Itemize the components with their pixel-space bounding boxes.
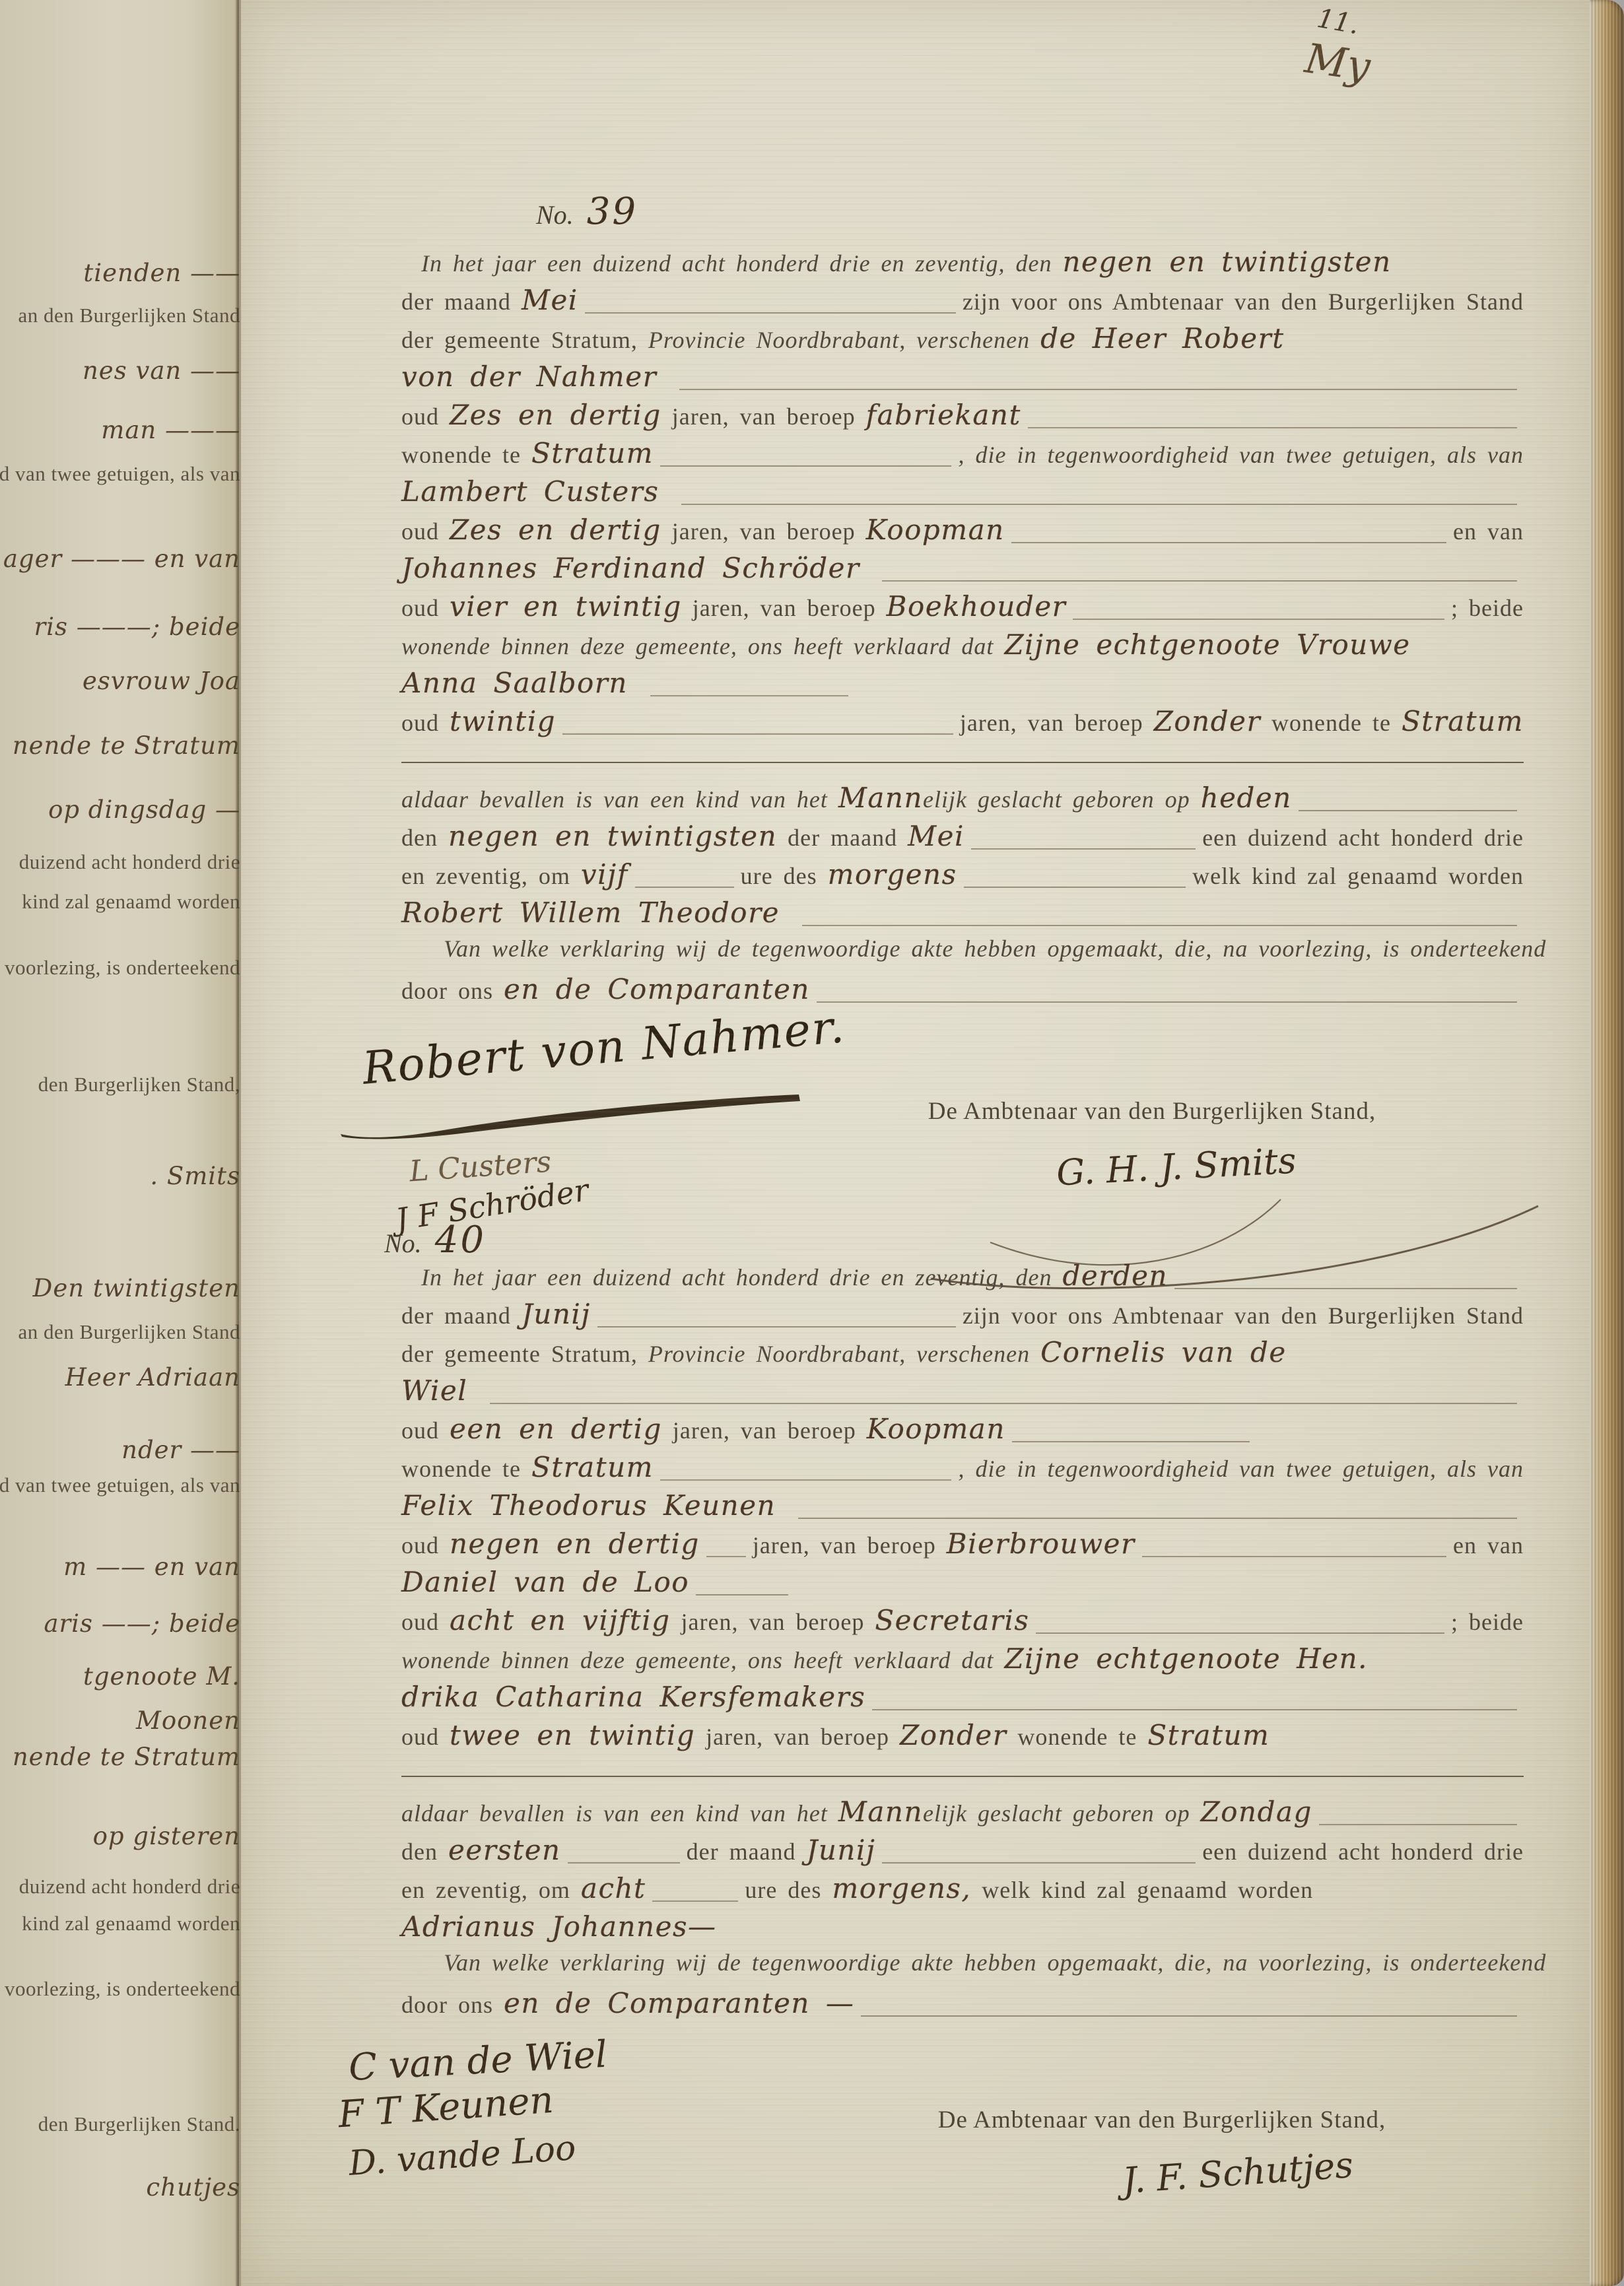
printed-text: In het jaar een duizend acht honderd dri…: [421, 250, 1062, 277]
printed-text: den: [401, 824, 448, 852]
printed-text: wonende binnen deze gemeente, ons heeft …: [401, 1646, 1004, 1674]
signature-witness2-act40: D. vande Loo: [347, 2128, 577, 2184]
previous-page-text-fragment: kind zal genaamd worden: [22, 890, 240, 914]
printed-text: der maand: [401, 1302, 522, 1329]
handwritten-text: Junij: [522, 1298, 591, 1330]
handwritten-text: acht: [581, 1872, 646, 1904]
printed-text: jaren, van beroep: [682, 594, 887, 622]
previous-page-text-fragment: an den Burgerlijken Stand: [18, 1320, 240, 1344]
previous-page-text-fragment: aris ——; beide: [44, 1609, 240, 1638]
handwritten-text: Stratum: [1402, 705, 1524, 737]
handwritten-text: twintig: [450, 705, 556, 737]
form-line: drika Catharina Kersfemakers: [401, 1681, 1524, 1719]
handwritten-text: Felix Theodorus Keunen: [401, 1489, 792, 1522]
handwritten-text: morgens,: [832, 1872, 971, 1904]
register-book-scan: tienden ——an den Burgerlijken Standnes v…: [0, 0, 1624, 2286]
signature-father-act40: C van de Wiel: [348, 2033, 609, 2089]
previous-page-text-fragment: esvrouw Joa: [83, 667, 240, 695]
handwritten-text: heden: [1201, 782, 1292, 814]
form-line: wonende binnen deze gemeente, ons heeft …: [401, 1642, 1524, 1681]
fill-line: [882, 580, 1517, 582]
printed-text: der maand: [687, 1838, 807, 1866]
fill-line: [1011, 542, 1446, 543]
previous-page-text-fragment: id van twee getuigen, als van: [0, 1473, 240, 1497]
fill-line: [964, 887, 1186, 888]
printed-text: aldaar bevallen is van een kind van het: [401, 1799, 838, 1827]
handwritten-text: eersten: [448, 1834, 561, 1866]
previous-page-text-fragment: Moonen: [136, 1706, 240, 1735]
fill-line: [679, 389, 1517, 390]
fill-line: [706, 1556, 746, 1557]
handwritten-text: Koopman: [867, 1413, 1005, 1445]
printed-text: wonende te: [401, 1455, 531, 1483]
ink-underline-flourish: [337, 1091, 812, 1143]
handwritten-text: acht en vijftig: [450, 1604, 671, 1636]
handwritten-text: Wiel: [401, 1374, 483, 1407]
form-line: wonende te Stratum, die in tegenwoordigh…: [401, 1451, 1524, 1489]
form-line: der gemeente Stratum, Provincie Noordbra…: [401, 1336, 1524, 1374]
printed-text: aldaar bevallen is van een kind van het: [401, 786, 838, 813]
form-line: oud acht en vijftig jaren, van beroep Se…: [401, 1604, 1524, 1642]
act-number-label: No.: [384, 1228, 422, 1258]
printed-text: der maand: [777, 824, 908, 852]
handwritten-text: twee en twintig: [450, 1719, 695, 1751]
form-line: oud negen en dertigjaren, van beroep Bie…: [401, 1528, 1524, 1566]
fill-line: [798, 1518, 1517, 1519]
handwritten-text: Daniel van de Loo: [401, 1566, 689, 1598]
official-title-act39: De Ambtenaar van den Burgerlijken Stand,: [921, 1097, 1383, 1126]
form-line: von der Nahmer: [401, 360, 1524, 399]
section-divider: [401, 1757, 1524, 1796]
printed-text: Van welke verklaring wij de tegenwoordig…: [444, 1949, 1546, 1976]
form-line: door ons en de Comparanten: [401, 973, 1524, 1011]
printed-text: elijk geslacht geboren op: [923, 1799, 1201, 1827]
handwritten-text: drika Catharina Kersfemakers: [401, 1681, 865, 1713]
form-line: oud een en dertig jaren, van beroep Koop…: [401, 1413, 1524, 1451]
previous-page-text-fragment: ager ——— en van: [3, 545, 240, 573]
form-line: der maand Junijzijn voor ons Ambtenaar v…: [401, 1298, 1524, 1336]
fill-line: [585, 312, 956, 314]
handwritten-text: Zes en dertig: [450, 514, 661, 546]
handwritten-text: Zijne echtgenoote Hen.: [1004, 1642, 1368, 1675]
fill-line: [660, 1479, 952, 1481]
form-line: wonende binnen deze gemeente, ons heeft …: [401, 628, 1524, 667]
handwritten-text: Mei: [908, 820, 964, 852]
previous-page-edge: tienden ——an den Burgerlijken Standnes v…: [0, 0, 246, 2286]
handwritten-text: Cornelis van de: [1040, 1336, 1287, 1368]
previous-page-text-fragment: den Burgerlijken Stand,: [38, 1073, 240, 1096]
form-line: Felix Theodorus Keunen: [401, 1489, 1524, 1528]
form-line: der maand Meizijn voor ons Ambtenaar van…: [401, 284, 1524, 322]
printed-text: wonende te: [401, 441, 531, 469]
printed-text: en van: [1453, 1531, 1524, 1559]
handwritten-text: Boekhouder: [887, 590, 1067, 622]
printed-text: , die in tegenwoordigheid van twee getui…: [958, 1455, 1524, 1483]
previous-page-text-fragment: nende te Stratum: [13, 1743, 240, 1771]
fill-line: [872, 1709, 1517, 1710]
printed-text: elijk geslacht geboren op: [923, 786, 1201, 813]
handwritten-text: Koopman: [866, 514, 1005, 546]
birth-act-39: In het jaar een duizend acht honderd dri…: [401, 246, 1524, 1011]
form-line: oud Zes en dertig jaren, van beroep fabr…: [401, 399, 1524, 437]
previous-page-text-fragment: . Smits: [150, 1162, 240, 1190]
form-line: oud Zes en dertig jaren, van beroep Koop…: [401, 514, 1524, 552]
printed-text: jaren, van beroep: [662, 1417, 867, 1444]
handwritten-text: vier en twintig: [450, 590, 682, 622]
handwritten-text: von der Nahmer: [401, 360, 673, 393]
fill-line: [1036, 1632, 1444, 1634]
form-line: In het jaar een duizend acht honderd dri…: [401, 1260, 1524, 1298]
printed-text: door ons: [401, 1991, 504, 2019]
previous-page-text-fragment: den Burgerlijken Stand.: [38, 2112, 240, 2136]
previous-page-text-fragment: man ———: [101, 416, 240, 444]
printed-text: der gemeente Stratum,: [401, 1340, 648, 1368]
page-crease: [235, 0, 240, 2286]
printed-text: een duizend acht honderd drie: [1202, 824, 1524, 852]
fill-line: [568, 1862, 680, 1864]
form-line: Daniel van de Loo: [401, 1566, 1524, 1604]
printed-text: wonende binnen deze gemeente, ons heeft …: [401, 632, 1004, 660]
handwritten-text: Zondag: [1201, 1796, 1312, 1828]
handwritten-text: Stratum: [1147, 1719, 1269, 1751]
form-line: den negen en twintigsten der maand Meiee…: [401, 820, 1524, 858]
signature-father-act39: Robert von Nahmer.: [360, 1001, 847, 1095]
form-line: Wiel: [401, 1374, 1524, 1413]
form-line: Lambert Custers: [401, 475, 1524, 514]
act-number-value: 40: [435, 1219, 486, 1261]
previous-page-text-fragment: duizend acht honderd drie: [19, 1875, 240, 1899]
fill-line: [861, 2015, 1517, 2017]
previous-page-text-fragment: op gisteren: [93, 1822, 240, 1850]
fill-line: [1073, 619, 1444, 620]
printed-text: welk kind zal genaamd worden: [971, 1876, 1313, 1904]
fill-line: [490, 1403, 1517, 1404]
form-line: der gemeente Stratum, Provincie Noordbra…: [401, 322, 1524, 360]
printed-text: en zeventig, om: [401, 862, 581, 890]
handwritten-text: een en dertig: [450, 1413, 662, 1445]
fill-line: [1028, 427, 1517, 428]
form-line: Van welke verklaring wij de tegenwoordig…: [401, 1949, 1524, 1987]
official-title-act40: De Ambtenaar van den Burgerlijken Stand,: [931, 2106, 1393, 2134]
form-line: en zeventig, om vijfure des morgenswelk …: [401, 858, 1524, 896]
form-line: Adrianus Johannes—: [401, 1910, 1524, 1949]
printed-text: jaren, van beroep: [695, 1723, 900, 1751]
printed-text: jaren, van beroep: [960, 709, 1154, 737]
printed-text: oud: [401, 518, 450, 545]
handwritten-text: Adrianus Johannes—: [401, 1910, 717, 1943]
handwritten-text: negen en twintigsten: [448, 820, 777, 852]
form-line: en zeventig, om achture des morgens, wel…: [401, 1872, 1524, 1910]
signature-official-act40: J. F. Schutjes: [1121, 2144, 1355, 2202]
handwritten-text: fabriekant: [866, 399, 1021, 431]
printed-text: jaren, van beroep: [753, 1531, 947, 1559]
previous-page-text-fragment: nes van ——: [83, 356, 240, 385]
printed-text: een duizend acht honderd drie: [1202, 1838, 1524, 1866]
printed-text: Provincie Noordbrabant, verschenen: [648, 326, 1040, 354]
fill-line: [562, 733, 953, 735]
section-divider: [401, 743, 1524, 782]
previous-page-text-fragment: nder ——: [121, 1436, 240, 1464]
fill-line: [597, 1326, 956, 1328]
handwritten-text: Mann: [838, 1796, 923, 1828]
form-line: Van welke verklaring wij de tegenwoordig…: [401, 935, 1524, 973]
printed-text: oud: [401, 403, 450, 430]
printed-text: ; beide: [1451, 594, 1524, 622]
fill-line: [1299, 810, 1517, 811]
fill-line: [817, 1001, 1517, 1003]
printed-text: der gemeente Stratum,: [401, 326, 648, 354]
printed-text: wonende te: [1007, 1723, 1147, 1751]
previous-page-text-fragment: kind zal genaamd worden: [22, 1912, 240, 1935]
form-line: Robert Willem Theodore: [401, 896, 1524, 935]
printed-text: ure des: [741, 862, 828, 890]
handwritten-text: Mei: [522, 284, 578, 316]
handwritten-text: Zes en dertig: [450, 399, 661, 431]
printed-text: der maand: [401, 288, 522, 316]
printed-text: oud: [401, 1608, 450, 1636]
page-edge-stack: [1590, 0, 1624, 2286]
fill-line: [681, 504, 1517, 505]
printed-text: oud: [401, 594, 450, 622]
handwritten-text: de Heer Robert: [1040, 322, 1284, 354]
previous-page-text-fragment: eid van twee getuigen, als van: [0, 462, 240, 486]
form-line: door ons en de Comparanten —: [401, 1987, 1524, 2025]
printed-text: en van: [1453, 518, 1524, 545]
printed-text: welk kind zal genaamd worden: [1192, 862, 1524, 890]
act-39-number: No.39: [536, 190, 638, 233]
fill-line: [802, 925, 1517, 926]
printed-text: zijn voor ons Ambtenaar van den Burgerli…: [963, 1302, 1524, 1329]
handwritten-text: negen en dertig: [450, 1528, 700, 1560]
printed-text: oud: [401, 1723, 450, 1751]
printed-text: den: [401, 1838, 448, 1866]
previous-page-text-fragment: a voorlezing, is onderteekend: [0, 956, 240, 980]
form-line: oud vier en twintig jaren, van beroep Bo…: [401, 590, 1524, 628]
printed-text: en zeventig, om: [401, 1876, 581, 1904]
folio-number: 11.: [1314, 3, 1361, 40]
handwritten-text: Stratum: [531, 437, 654, 469]
fill-line: [882, 1862, 1196, 1864]
handwritten-text: Zijne echtgenoote Vrouwe: [1004, 628, 1410, 661]
handwritten-text: derden: [1062, 1260, 1168, 1292]
act-40-number: No.40: [384, 1219, 486, 1261]
previous-page-text-fragment: Den twintigsten: [33, 1274, 240, 1302]
previous-page-text-fragment: op dingsdag —: [48, 795, 240, 824]
register-page: 11. My No.39 In het jaar een duizend ach…: [241, 0, 1592, 2286]
fill-line: [1012, 1441, 1250, 1442]
form-line: aldaar bevallen is van een kind van het …: [401, 1796, 1524, 1834]
printed-text: ; beide: [1451, 1608, 1524, 1636]
fill-line: [1319, 1824, 1517, 1825]
handwritten-text: Mann: [838, 782, 923, 814]
previous-page-text-fragment: ris ———; beide: [34, 613, 241, 641]
fill-line: [635, 887, 734, 888]
form-line: In het jaar een duizend acht honderd dri…: [401, 246, 1524, 284]
previous-page-text-fragment: duizend acht honderd drie: [19, 850, 240, 874]
previous-page-text-fragment: m —— en van: [63, 1553, 240, 1581]
printed-text: jaren, van beroep: [671, 1608, 875, 1636]
handwritten-text: Lambert Custers: [401, 475, 675, 508]
printed-text: jaren, van beroep: [661, 518, 866, 545]
form-line: aldaar bevallen is van een kind van het …: [401, 782, 1524, 820]
printed-text: wonende te: [1261, 709, 1402, 737]
form-line: wonende te Stratum, die in tegenwoordigh…: [401, 437, 1524, 475]
fill-line: [652, 1900, 738, 1902]
printed-text: zijn voor ons Ambtenaar van den Burgerli…: [963, 288, 1524, 316]
handwritten-text: en de Comparanten —: [504, 1987, 854, 2019]
printed-text: door ons: [401, 977, 504, 1005]
printed-text: oud: [401, 1531, 450, 1559]
handwritten-text: Secretaris: [875, 1604, 1029, 1636]
fill-line: [696, 1594, 788, 1596]
form-line: oud twintigjaren, van beroep Zonder wone…: [401, 705, 1524, 743]
handwritten-text: Bierbrouwer: [947, 1528, 1135, 1560]
signature-official-act39: G. H. J. Smits: [1056, 1140, 1297, 1194]
printed-text: oud: [401, 1417, 450, 1444]
fill-line: [1142, 1556, 1446, 1557]
handwritten-text: Robert Willem Theodore: [401, 896, 795, 929]
printed-text: , die in tegenwoordigheid van twee getui…: [958, 441, 1524, 469]
fill-line: [1174, 1288, 1517, 1289]
printed-text: jaren, van beroep: [661, 403, 866, 430]
previous-page-text-fragment: a voorlezing, is onderteekend: [0, 1977, 240, 2001]
printed-text: Van welke verklaring wij de tegenwoordig…: [444, 935, 1546, 962]
handwritten-text: negen en twintigsten: [1062, 246, 1391, 278]
printed-text: In het jaar een duizend acht honderd dri…: [421, 1263, 1062, 1291]
printed-text: oud: [401, 709, 450, 737]
previous-page-text-fragment: tienden ——: [83, 259, 240, 287]
handwritten-text: Zonder: [900, 1719, 1007, 1751]
handwritten-text: Zonder: [1154, 705, 1261, 737]
fill-line: [971, 848, 1196, 850]
previous-page-text-fragment: an den Burgerlijken Stand: [18, 304, 240, 327]
previous-page-text-fragment: Heer Adriaan: [65, 1363, 240, 1392]
previous-page-text-fragment: tgenoote M.: [83, 1662, 240, 1691]
registrar-paraph: My: [1302, 34, 1373, 90]
act-number-value: 39: [587, 190, 638, 233]
act-number-label: No.: [536, 200, 574, 230]
handwritten-text: en de Comparanten: [504, 973, 810, 1005]
fill-line: [650, 695, 848, 696]
fill-line: [660, 465, 952, 467]
printed-text: ure des: [745, 1876, 832, 1904]
previous-page-text-fragment: chutjes: [146, 2173, 240, 2202]
printed-text: Provincie Noordbrabant, verschenen: [648, 1340, 1040, 1368]
handwritten-text: morgens: [828, 858, 957, 891]
form-line: oud twee en twintig jaren, van beroep Zo…: [401, 1719, 1524, 1757]
handwritten-text: Anna Saalborn: [401, 667, 644, 699]
handwritten-text: Junij: [807, 1834, 876, 1866]
handwritten-text: Johannes Ferdinand Schröder: [401, 552, 875, 584]
form-line: Anna Saalborn: [401, 667, 1524, 705]
form-line: Johannes Ferdinand Schröder: [401, 552, 1524, 590]
handwritten-text: vijf: [581, 858, 628, 891]
previous-page-text-fragment: nende te Stratum: [13, 731, 240, 760]
birth-act-40: In het jaar een duizend acht honderd dri…: [401, 1260, 1524, 2025]
form-line: den eerstender maand Junijeen duizend ac…: [401, 1834, 1524, 1872]
handwritten-text: Stratum: [531, 1451, 654, 1483]
